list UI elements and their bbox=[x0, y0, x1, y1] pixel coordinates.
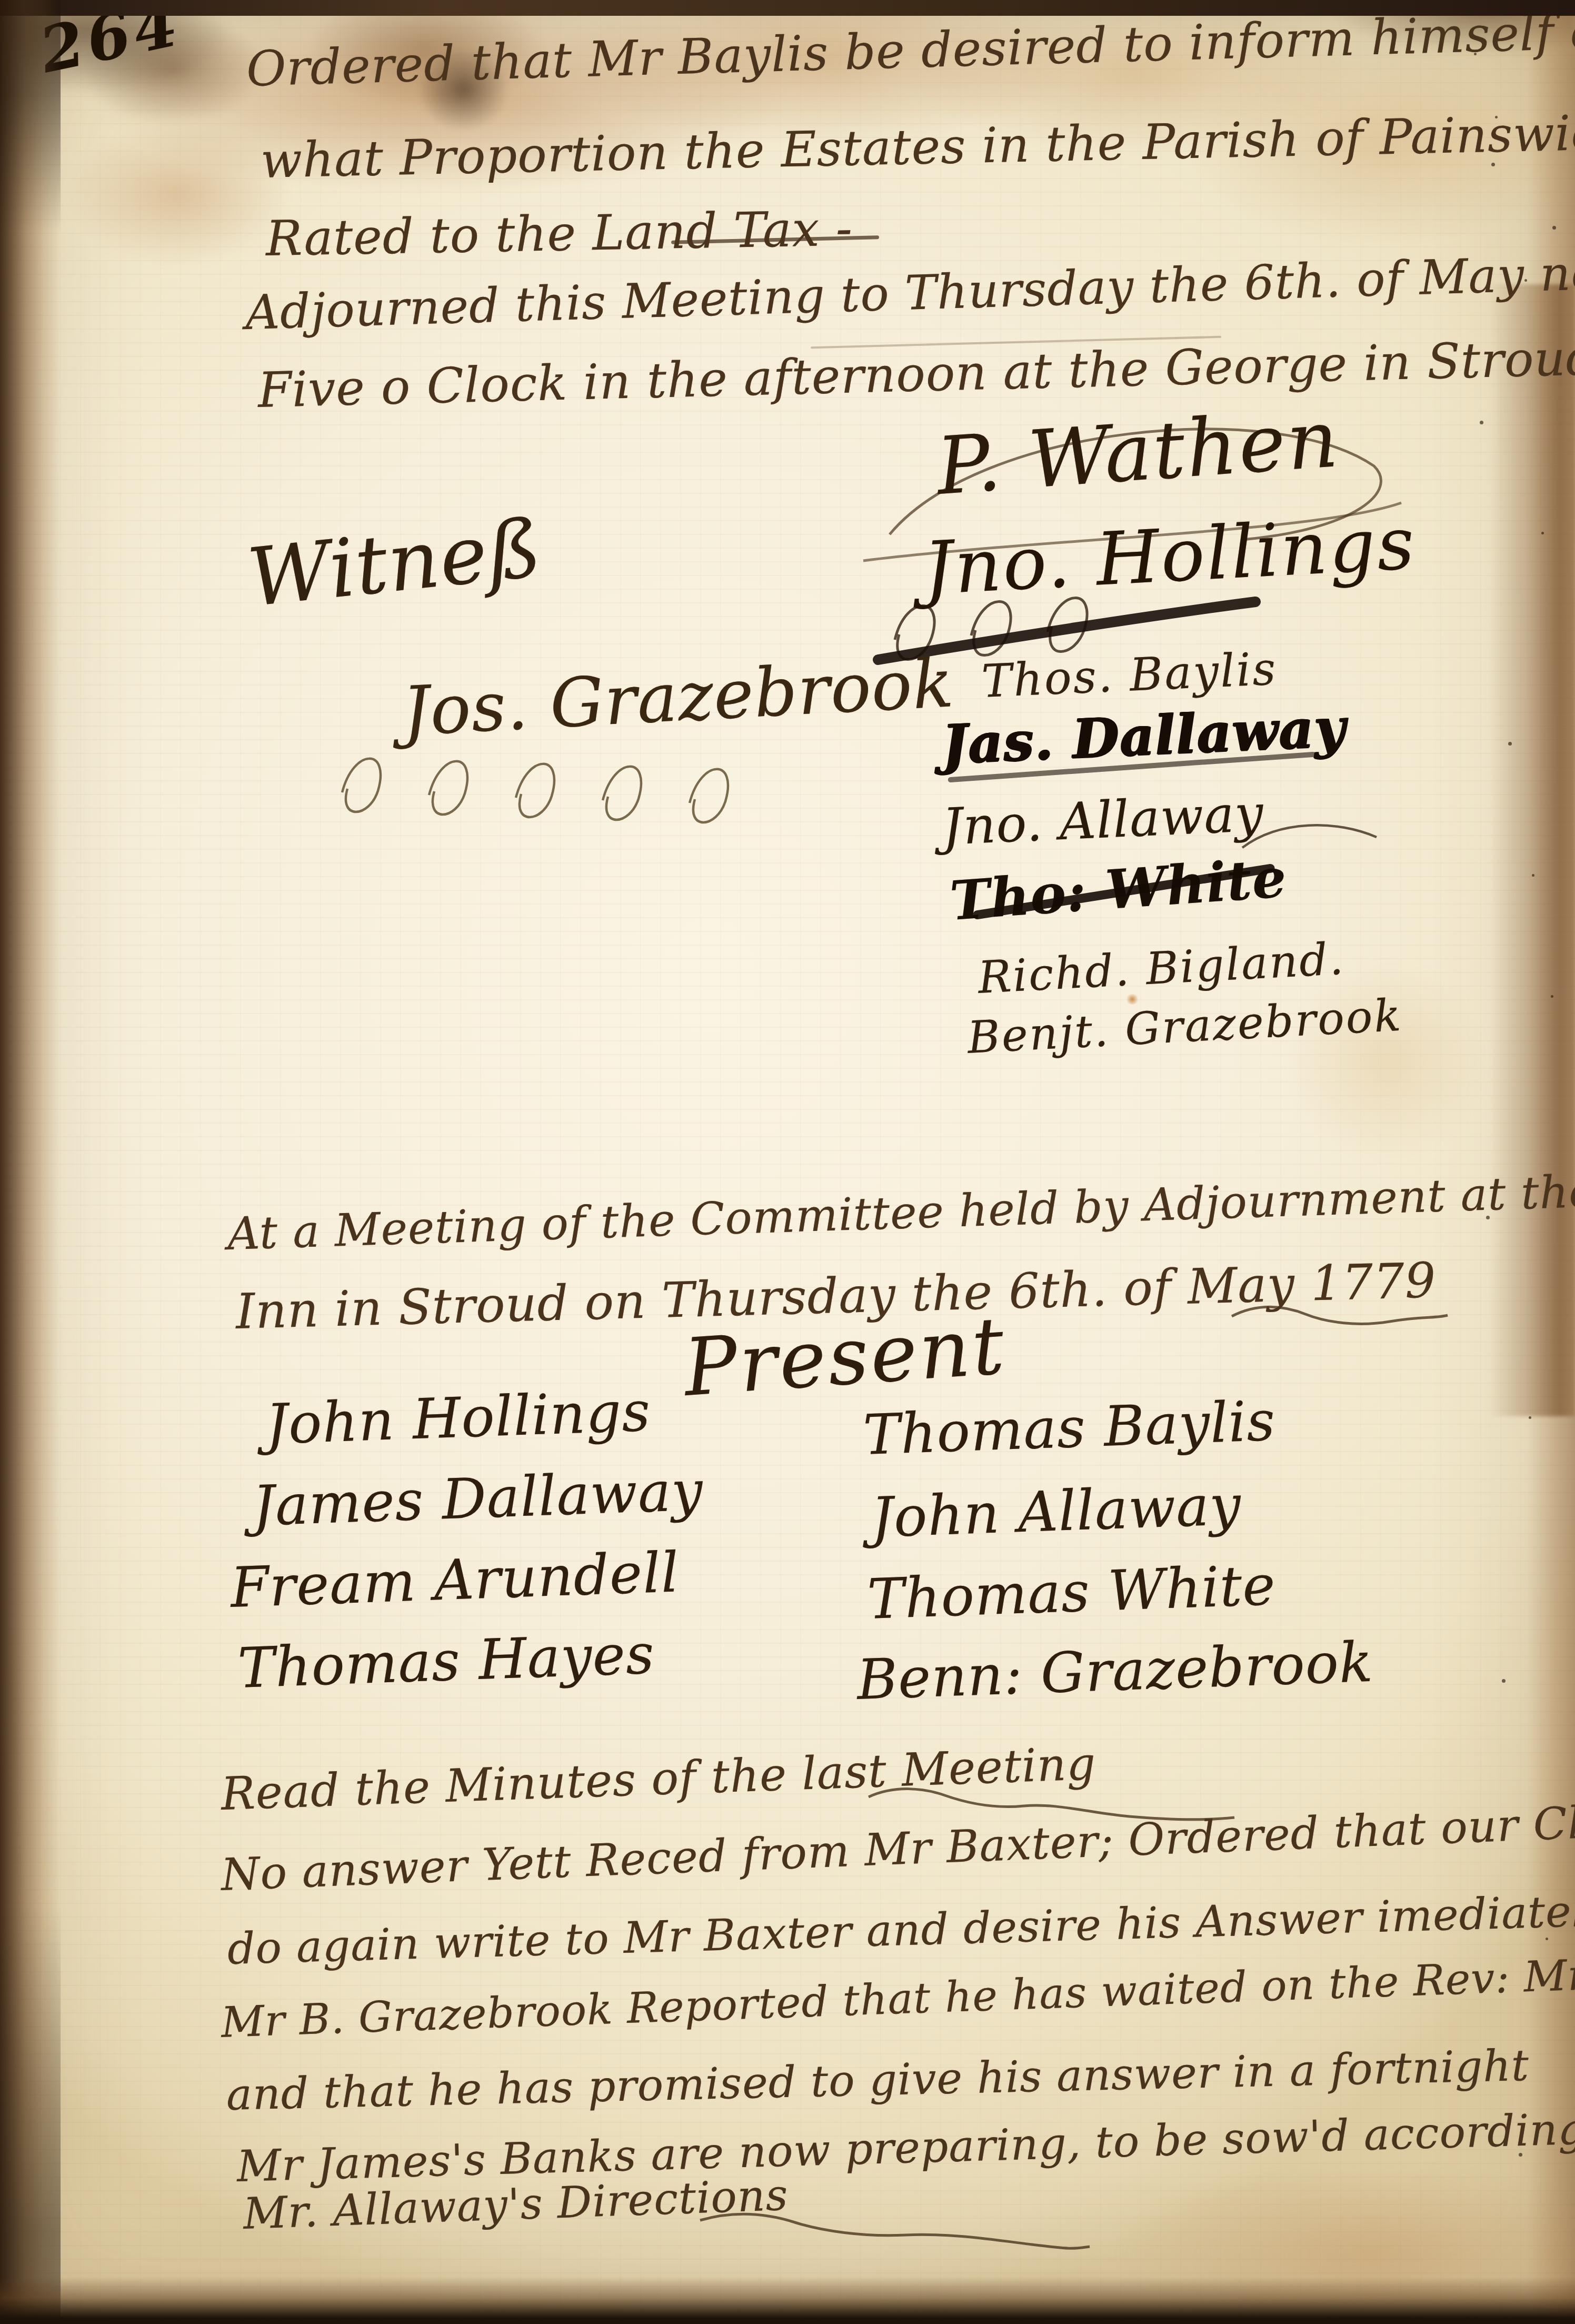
attendee-name: John Allaway bbox=[870, 1473, 1242, 1550]
binding-gutter-left bbox=[0, 0, 61, 2324]
attendee-name: James Dallaway bbox=[252, 1458, 704, 1538]
meeting-heading-line: At a Meeting of the Committee held by Ad… bbox=[226, 1159, 1575, 1260]
attendee-name: Thomas Baylis bbox=[862, 1389, 1277, 1467]
attendee-name: Thomas White bbox=[866, 1553, 1277, 1632]
minutes-line: and that he has promised to give his ans… bbox=[226, 2041, 1530, 2120]
signature-wathen: P. Wathen bbox=[934, 393, 1342, 513]
manuscript-page: 264 Ordered that Mr Baylis be desired to… bbox=[0, 0, 1575, 2324]
stain bbox=[1490, 284, 1575, 1416]
page-number: 264 bbox=[34, 0, 188, 87]
signature-dallaway: Jas. Dallaway bbox=[941, 696, 1347, 777]
signature-hollings: Jno. Hollings bbox=[922, 501, 1418, 611]
minutes-line: Five o Clock in the afternoon at the Geo… bbox=[257, 330, 1575, 419]
attendee-name: Benn: Grazebrook bbox=[856, 1630, 1374, 1712]
page-edge-bottom bbox=[0, 2277, 1575, 2324]
attendee-name: Thomas Hayes bbox=[237, 1622, 656, 1701]
signature-white: Tho: White bbox=[948, 846, 1289, 932]
minutes-line: Ordered that Mr Baylis be desired to inf… bbox=[246, 3, 1575, 97]
minutes-line: Read the Minutes of the last Meeting bbox=[220, 1737, 1097, 1821]
minutes-line: Mr James's Banks are now preparing, to b… bbox=[236, 2102, 1575, 2192]
signature-bigland: Richd. Bigland. bbox=[976, 933, 1345, 1004]
minutes-line: what Proportion the Estates in the Paris… bbox=[260, 102, 1575, 189]
witness-label: Witneß bbox=[244, 501, 546, 624]
signature-allaway: Jno. Allaway bbox=[941, 783, 1265, 857]
attendee-name: Fream Arundell bbox=[230, 1540, 680, 1620]
signature-baylis: Thos. Baylis bbox=[981, 643, 1278, 708]
signature-flourish bbox=[321, 740, 926, 835]
witness-signature: Jos. Grazebrook bbox=[401, 644, 956, 751]
minutes-line: Rated to the Land Tax - bbox=[265, 201, 853, 267]
stain bbox=[1069, 2148, 1575, 2324]
attendee-name: John Hollings bbox=[265, 1379, 652, 1457]
